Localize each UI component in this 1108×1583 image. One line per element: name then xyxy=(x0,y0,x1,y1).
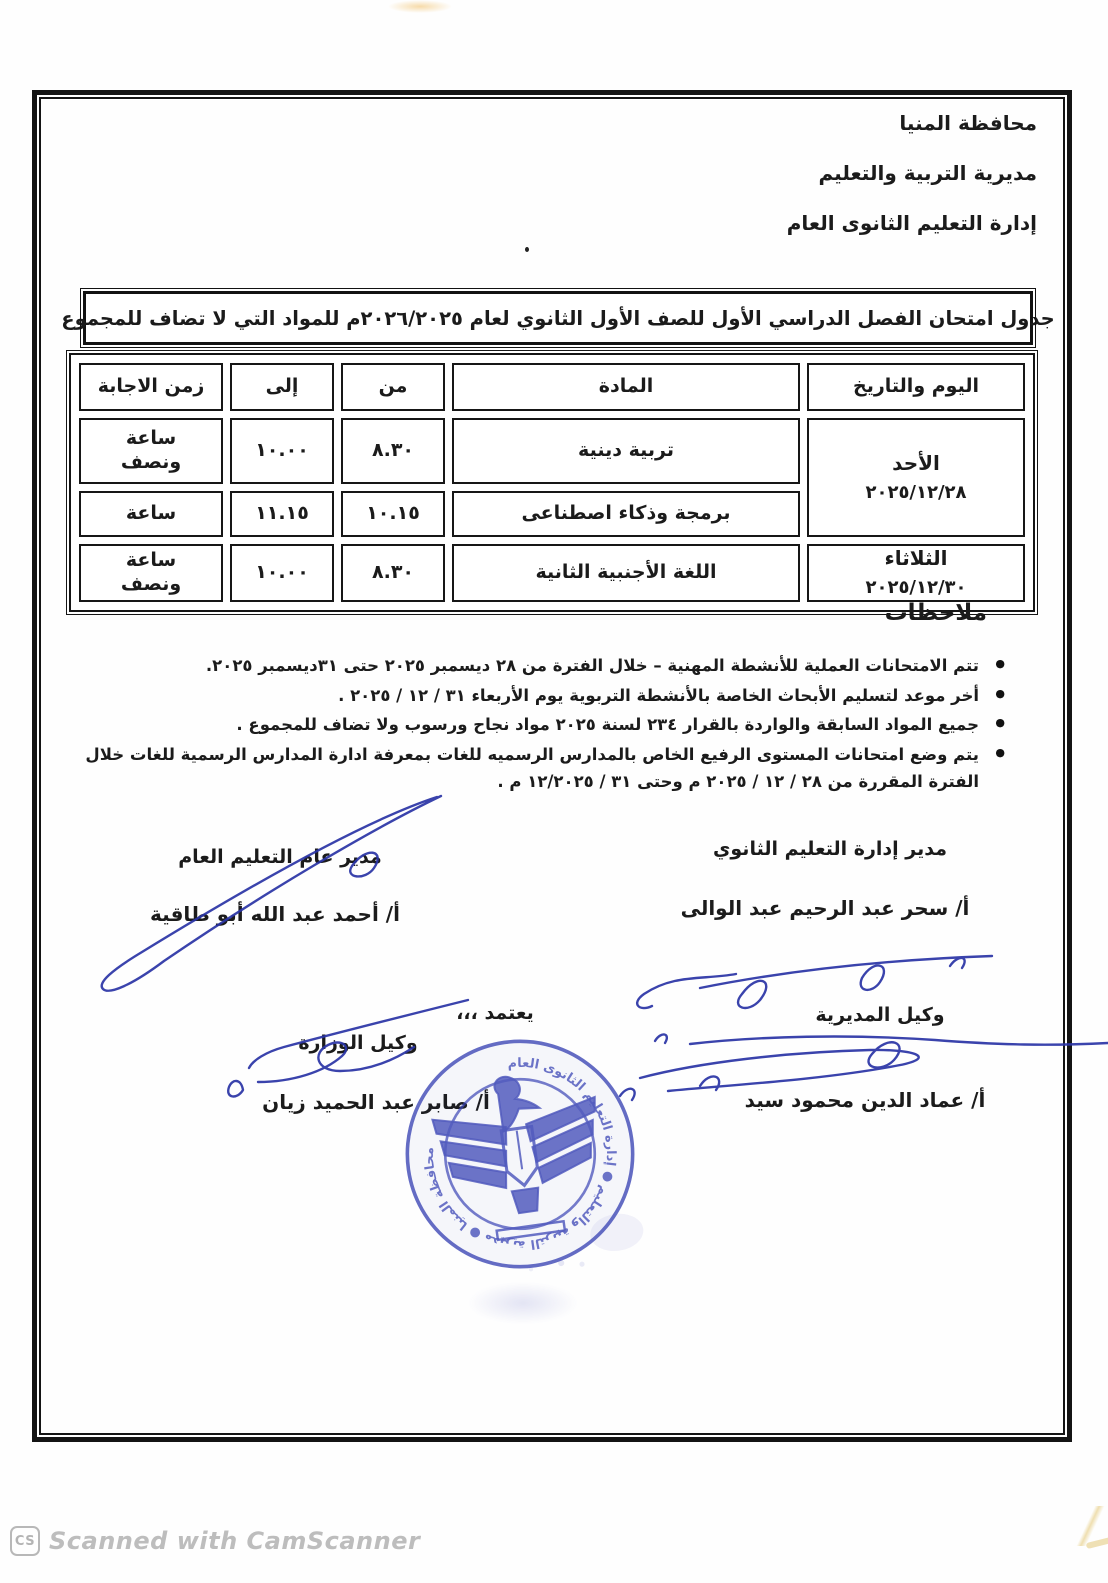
day-name: الثلاثاء xyxy=(885,546,948,571)
from-cell: ٨.٣٠ xyxy=(341,418,445,484)
cs-badge-icon: CS xyxy=(10,1526,40,1556)
column-header-from: من xyxy=(341,363,445,411)
column-header-to: إلى xyxy=(230,363,334,411)
ink-speck xyxy=(525,247,529,252)
schedule-table: اليوم والتاريخ المادة من إلى زمن الاجابة… xyxy=(69,353,1035,612)
header-governorate: محافظة المنيا xyxy=(899,111,1037,135)
scan-artifact-top xyxy=(388,0,452,13)
ministry-deputy-name: أ/ صابر عبد الحميد زيان xyxy=(236,1090,516,1114)
from-cell: ٨.٣٠ xyxy=(341,544,445,602)
ministry-deputy-title: وكيل الوزارة xyxy=(268,1032,448,1054)
note-item: تتم الامتحانات العملية للأنشطة المهنية –… xyxy=(77,653,1009,680)
note-item: أخر موعد لتسليم الأبحاث الخاصة بالأنشطة … xyxy=(77,683,1009,710)
directorate-deputy-title: وكيل المديرية xyxy=(770,1004,990,1026)
day-cell-tuesday: الثلاثاء ٢٠٢٥/١٢/٣٠ xyxy=(807,544,1025,602)
exam-schedule-title: جدول امتحان الفصل الدراسي الأول للصف الأ… xyxy=(83,291,1033,345)
duration-cell: ساعة xyxy=(79,491,223,537)
camscanner-watermark: CS Scanned with CamScanner xyxy=(10,1526,420,1556)
subject-cell: اللغة الأجنبية الثانية xyxy=(452,544,800,602)
general-director-name: أ/ أحمد عبد الله أبو طاقية xyxy=(110,902,440,926)
header-directorate: مديرية التربية والتعليم xyxy=(819,161,1038,185)
general-director-title: مدير عام التعليم العام xyxy=(150,846,410,868)
watermark-text: Scanned with CamScanner xyxy=(49,1527,420,1555)
day-cell-sunday: الأحد ٢٠٢٥/١٢/٢٨ xyxy=(807,418,1025,537)
subject-cell: تربية دينية xyxy=(452,418,800,484)
secondary-director-name: أ/ سحر عبد الرحيم عبد الوالى xyxy=(630,896,1020,920)
secondary-director-title: مدير إدارة التعليم الثانوي xyxy=(690,838,970,860)
subject-cell: برمجة وذكاء اصطناعى xyxy=(452,491,800,537)
column-header-day-date: اليوم والتاريخ xyxy=(807,363,1025,411)
header-administration: إدارة التعليم الثانوى العام xyxy=(787,211,1037,235)
note-item: يتم وضع امتحانات المستوى الرفيع الخاص با… xyxy=(77,742,1009,795)
notes-heading: ملاحظات xyxy=(885,600,987,626)
column-header-subject: المادة xyxy=(452,363,800,411)
stamp-ink-smudge xyxy=(468,1282,578,1324)
notes-list: تتم الامتحانات العملية للأنشطة المهنية –… xyxy=(77,653,1009,799)
to-cell: ١٠.٠٠ xyxy=(230,418,334,484)
duration-text: ساعة ونصف xyxy=(114,427,188,475)
day-name: الأحد xyxy=(892,451,940,476)
directorate-deputy-name: أ/ عماد الدين محمود سيد xyxy=(700,1088,1030,1112)
from-cell: ١٠.١٥ xyxy=(341,491,445,537)
note-item: جميع المواد السابقة والواردة بالقرار ٢٣٤… xyxy=(77,712,1009,739)
to-cell: ١٠.٠٠ xyxy=(230,544,334,602)
day-date: ٢٠٢٥/١٢/٣٠ xyxy=(865,577,966,600)
duration-text: ساعة ونصف xyxy=(114,549,188,597)
scanned-document-page: محافظة المنيا مديرية التربية والتعليم إد… xyxy=(0,0,1108,1583)
duration-cell: ساعة ونصف xyxy=(79,418,223,484)
to-cell: ١١.١٥ xyxy=(230,491,334,537)
column-header-duration: زمن الاجابة xyxy=(79,363,223,411)
document-border-frame: محافظة المنيا مديرية التربية والتعليم إد… xyxy=(32,90,1072,1442)
duration-cell: ساعة ونصف xyxy=(79,544,223,602)
duration-text: ساعة xyxy=(126,502,176,526)
approval-word: يعتمد ،،، xyxy=(420,1002,570,1024)
day-date: ٢٠٢٥/١٢/٢٨ xyxy=(865,482,966,505)
